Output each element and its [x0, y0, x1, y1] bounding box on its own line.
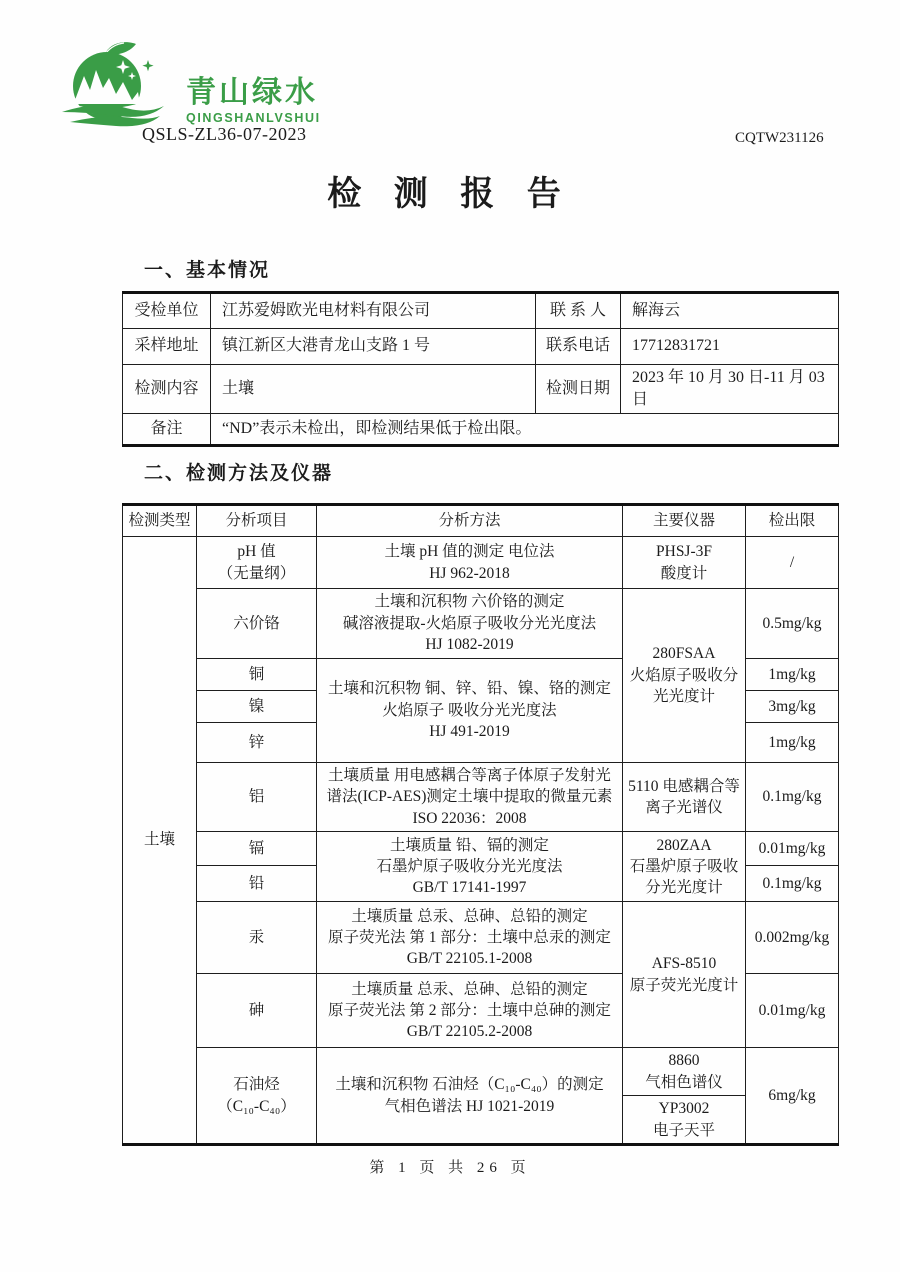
section1-heading: 一、基本情况 — [144, 255, 270, 282]
field-label: 采样地址 — [123, 329, 211, 365]
field-label: 受检单位 — [123, 293, 211, 329]
brand-text: 青山绿水 QINGSHANLVSHUI — [186, 77, 321, 125]
table-row: 土壤 pH 值 （无量纲） 土壤 pH 值的测定 电位法 HJ 962-2018… — [123, 537, 839, 589]
table-row: 石油烃 （C₁₀-C₄₀） 土壤和沉积物 石油烃（C₁₀-C₄₀）的测定 气相色… — [123, 1048, 839, 1096]
table-row: 汞 土壤质量 总汞、总砷、总铅的测定 原子荧光法 第 1 部分：土壤中总汞的测定… — [123, 902, 839, 974]
limit-cell: 0.002mg/kg — [746, 902, 839, 974]
limit-cell: 0.1mg/kg — [746, 866, 839, 902]
limit-cell: / — [746, 537, 839, 589]
analyte-cell: 六价铬 — [197, 589, 317, 659]
table-row: 采样地址 镇江新区大港青龙山支路 1 号 联系电话 17712831721 — [123, 329, 839, 365]
instrument-cell: YP3002 电子天平 — [623, 1096, 746, 1145]
report-title: 检 测 报 告 — [0, 166, 900, 215]
analyte-cell: 锌 — [197, 723, 317, 763]
field-value: 解海云 — [621, 293, 839, 329]
column-header: 检出限 — [746, 505, 839, 537]
field-value: 土壤 — [211, 365, 536, 414]
table-header-row: 检测类型 分析项目 分析方法 主要仪器 检出限 — [123, 505, 839, 537]
sample-type-cell: 土壤 — [123, 537, 197, 1145]
method-cell: 土壤质量 用电感耦合等离子体原子发射光谱法(ICP-AES)测定土壤中提取的微量… — [317, 763, 623, 832]
column-header: 分析项目 — [197, 505, 317, 537]
analyte-cell: pH 值 （无量纲） — [197, 537, 317, 589]
analyte-cell: 石油烃 （C₁₀-C₄₀） — [197, 1048, 317, 1145]
method-cell: 土壤 pH 值的测定 电位法 HJ 962-2018 — [317, 537, 623, 589]
analyte-cell: 镍 — [197, 691, 317, 723]
analyte-cell: 铝 — [197, 763, 317, 832]
analyte-cell: 镉 — [197, 832, 317, 866]
methods-table: 检测类型 分析项目 分析方法 主要仪器 检出限 土壤 pH 值 （无量纲） 土壤… — [122, 503, 839, 1146]
company-logo: 青山绿水 QINGSHANLVSHUI — [60, 38, 321, 134]
method-cell: 土壤质量 总汞、总砷、总铅的测定 原子荧光法 第 2 部分：土壤中总砷的测定 G… — [317, 974, 623, 1048]
field-value: “ND”表示未检出，即检测结果低于检出限。 — [211, 414, 839, 446]
field-value: 江苏爱姆欧光电材料有限公司 — [211, 293, 536, 329]
limit-cell: 1mg/kg — [746, 659, 839, 691]
mountain-water-logo-icon — [60, 38, 178, 134]
limit-cell: 0.5mg/kg — [746, 589, 839, 659]
section2-heading: 二、检测方法及仪器 — [144, 458, 333, 485]
instrument-cell: PHSJ-3F 酸度计 — [623, 537, 746, 589]
field-value: 2023 年 10 月 30 日-11 月 03 日 — [621, 365, 839, 414]
analyte-cell: 铜 — [197, 659, 317, 691]
limit-cell: 0.01mg/kg — [746, 974, 839, 1048]
limit-cell: 0.01mg/kg — [746, 832, 839, 866]
method-cell: 土壤和沉积物 六价铬的测定 碱溶液提取-火焰原子吸收分光光度法 HJ 1082-… — [317, 589, 623, 659]
column-header: 分析方法 — [317, 505, 623, 537]
report-code-internal: QSLS-ZL36-07-2023 — [142, 124, 307, 145]
method-cell: 土壤和沉积物 铜、锌、铅、镍、铬的测定 火焰原子 吸收分光光度法 HJ 491-… — [317, 659, 623, 763]
method-cell: 土壤和沉积物 石油烃（C₁₀-C₄₀）的测定 气相色谱法 HJ 1021-201… — [317, 1048, 623, 1145]
report-page: 青山绿水 QINGSHANLVSHUI QSLS-ZL36-07-2023 CQ… — [0, 0, 900, 1272]
field-label: 检测日期 — [536, 365, 621, 414]
method-cell: 土壤质量 总汞、总砷、总铅的测定 原子荧光法 第 1 部分：土壤中总汞的测定 G… — [317, 902, 623, 974]
basic-info-table: 受检单位 江苏爱姆欧光电材料有限公司 联 系 人 解海云 采样地址 镇江新区大港… — [122, 291, 839, 447]
method-cell: 土壤质量 铅、镉的测定 石墨炉原子吸收分光光度法 GB/T 17141-1997 — [317, 832, 623, 902]
page-number: 第 1 页 共 26 页 — [0, 1156, 900, 1177]
field-label: 联系电话 — [536, 329, 621, 365]
table-row: 受检单位 江苏爱姆欧光电材料有限公司 联 系 人 解海云 — [123, 293, 839, 329]
table-row: 备注 “ND”表示未检出，即检测结果低于检出限。 — [123, 414, 839, 446]
instrument-cell: AFS-8510 原子荧光光度计 — [623, 902, 746, 1048]
table-row: 铝 土壤质量 用电感耦合等离子体原子发射光谱法(ICP-AES)测定土壤中提取的… — [123, 763, 839, 832]
instrument-cell: 280ZAA 石墨炉原子吸收分光光度计 — [623, 832, 746, 902]
table-row: 镉 土壤质量 铅、镉的测定 石墨炉原子吸收分光光度法 GB/T 17141-19… — [123, 832, 839, 866]
table-row: 检测内容 土壤 检测日期 2023 年 10 月 30 日-11 月 03 日 — [123, 365, 839, 414]
instrument-cell: 280FSAA 火焰原子吸收分光光度计 — [623, 589, 746, 763]
brand-name-cn: 青山绿水 — [186, 77, 321, 109]
field-value: 镇江新区大港青龙山支路 1 号 — [211, 329, 536, 365]
field-label: 检测内容 — [123, 365, 211, 414]
limit-cell: 6mg/kg — [746, 1048, 839, 1145]
brand-name-en: QINGSHANLVSHUI — [186, 111, 321, 125]
table-row: 六价铬 土壤和沉积物 六价铬的测定 碱溶液提取-火焰原子吸收分光光度法 HJ 1… — [123, 589, 839, 659]
limit-cell: 0.1mg/kg — [746, 763, 839, 832]
field-label: 联 系 人 — [536, 293, 621, 329]
analyte-cell: 汞 — [197, 902, 317, 974]
column-header: 主要仪器 — [623, 505, 746, 537]
column-header: 检测类型 — [123, 505, 197, 537]
analyte-cell: 铅 — [197, 866, 317, 902]
field-label: 备注 — [123, 414, 211, 446]
analyte-cell: 砷 — [197, 974, 317, 1048]
instrument-cell: 8860 气相色谱仪 — [623, 1048, 746, 1096]
report-number: CQTW231126 — [735, 130, 824, 147]
field-value: 17712831721 — [621, 329, 839, 365]
limit-cell: 3mg/kg — [746, 691, 839, 723]
instrument-cell: 5110 电感耦合等离子光谱仪 — [623, 763, 746, 832]
limit-cell: 1mg/kg — [746, 723, 839, 763]
